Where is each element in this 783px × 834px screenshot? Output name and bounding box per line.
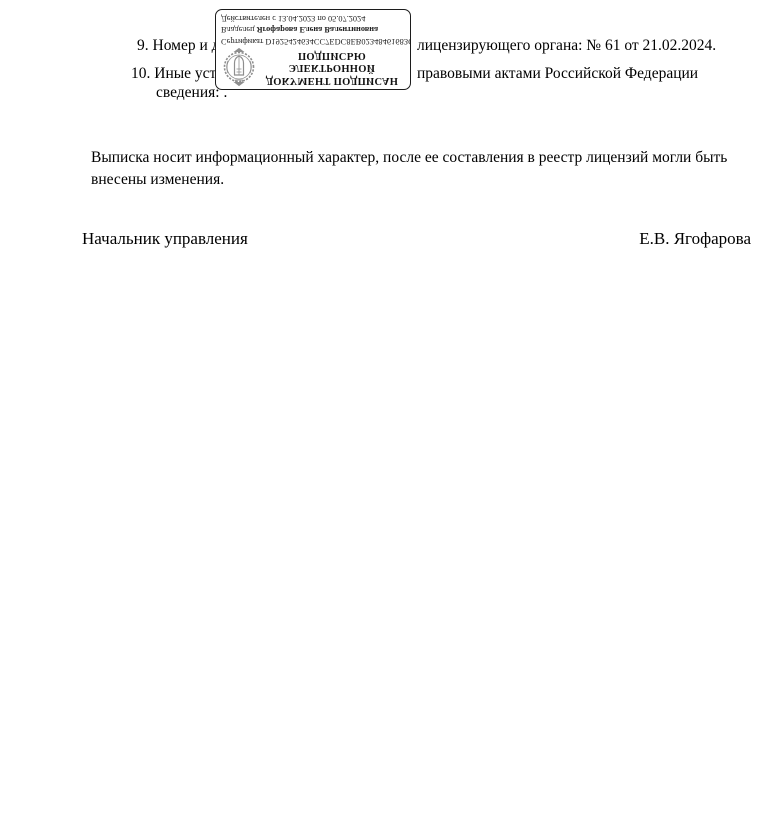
stamp-certificate-value: D1925424634CC7EDC8EB02348461683C <box>265 37 411 46</box>
stamp-owner-label: Владелец <box>221 26 255 35</box>
coat-of-arms-icon <box>220 47 258 87</box>
stamp-validity-line: Действителен с 13.04.2023 по 05.07.2024 <box>220 13 406 25</box>
page-canvas: { "document": { "item9": { "left_fragmen… <box>0 0 783 834</box>
license-item-10-text-right: правовыми актами Российской Федерации <box>417 64 698 83</box>
stamp-title: ДОКУМЕНТ ПОДПИСАН ЭЛЕКТРОННОЙ ПОДПИСЬЮ <box>258 48 406 86</box>
stamp-validity-period: Действителен с 13.04.2023 по 05.07.2024 <box>221 14 365 23</box>
stamp-header-row: ДОКУМЕНТ ПОДПИСАН ЭЛЕКТРОННОЙ ПОДПИСЬЮ <box>220 47 406 87</box>
stamp-owner-line: Владелец Ягофарова Елена Валентиновна <box>220 24 406 36</box>
informational-note: Выписка носит информационный характер, п… <box>91 147 781 190</box>
stamp-certificate-line: Сертификат D1925424634CC7EDC8EB023484616… <box>220 36 406 48</box>
stamp-owner-name: Ягофарова Елена Валентиновна <box>257 26 379 35</box>
stamp-certificate-label: Сертификат <box>221 37 263 46</box>
stamp-title-line-2: ЭЛЕКТРОННОЙ ПОДПИСЬЮ <box>258 48 406 73</box>
signature-position-title: Начальник управления <box>82 229 248 249</box>
license-item-9-text-right: лицензирующего органа: № 61 от 21.02.202… <box>417 36 716 55</box>
signature-signer-name: Е.В. Ягофарова <box>639 229 751 249</box>
stamp-title-line-1: ДОКУМЕНТ ПОДПИСАН <box>258 73 406 86</box>
electronic-signature-stamp: ДОКУМЕНТ ПОДПИСАН ЭЛЕКТРОННОЙ ПОДПИСЬЮ С… <box>215 9 411 90</box>
